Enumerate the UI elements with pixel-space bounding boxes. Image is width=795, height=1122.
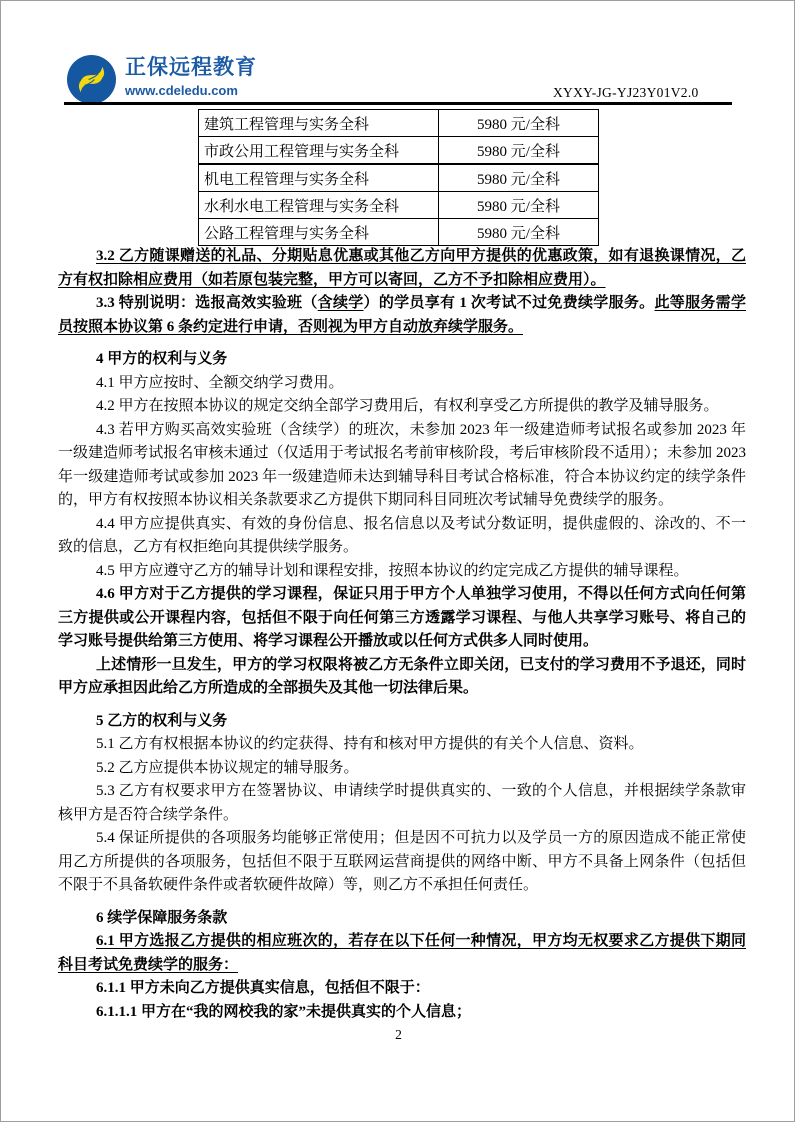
clause-5-4: 5.4 保证所提供的各项服务均能够正常使用；但是因不可抗力以及学员一方的原因造成…: [58, 827, 746, 898]
price-cell: 5980 元/全科: [439, 192, 599, 219]
price-table: 建筑工程管理与实务全科 5980 元/全科 市政公用工程管理与实务全科 5980…: [198, 109, 599, 246]
section-5-heading: 5 乙方的权利与义务: [58, 710, 746, 734]
section-4-heading: 4 甲方的权利与义务: [58, 348, 746, 372]
clause-4-2: 4.2 甲方在按照本协议的规定交纳全部学习费用后，有权利享受乙方所提供的教学及辅…: [58, 395, 746, 419]
price-cell: 5980 元/全科: [439, 219, 599, 246]
clause-4-5: 4.5 甲方应遵守乙方的辅导计划和课程安排，按照本协议的约定完成乙方提供的辅导课…: [58, 560, 746, 584]
price-cell: 5980 元/全科: [439, 164, 599, 192]
course-name-cell: 市政公用工程管理与实务全科: [199, 137, 439, 165]
clause-5-1: 5.1 乙方有权根据本协议的约定获得、持有和核对甲方提供的有关个人信息、资料。: [58, 733, 746, 757]
clause-6-1-1: 6.1.1 甲方未向乙方提供真实信息，包括但不限于：: [58, 977, 746, 1001]
price-cell: 5980 元/全科: [439, 137, 599, 165]
clause-3-3: 3.3 特别说明：选报高效实验班（含续学）的学员享有 1 次考试不过免费续学服务…: [58, 292, 746, 339]
clause-3-3-text: 3.3 特别说明：选报高效实验班（: [96, 295, 318, 311]
course-name-cell: 建筑工程管理与实务全科: [199, 110, 439, 137]
table-row: 机电工程管理与实务全科 5980 元/全科: [199, 164, 599, 192]
brand-name: 正保远程教育: [125, 56, 257, 80]
clause-5-2: 5.2 乙方应提供本协议规定的辅导服务。: [58, 757, 746, 781]
course-name-cell: 机电工程管理与实务全科: [199, 164, 439, 192]
table-row: 市政公用工程管理与实务全科 5980 元/全科: [199, 137, 599, 165]
section-6-heading: 6 续学保障服务条款: [58, 907, 746, 931]
clause-3-3-text: ）的学员享有 1 次考试不过免费续学服务。: [364, 295, 655, 311]
contract-page: 正保远程教育 www.cdeledu.com XYXY-JG-YJ23Y01V2…: [0, 0, 795, 1122]
course-name-cell: 公路工程管理与实务全科: [199, 219, 439, 246]
brand-block: 正保远程教育 www.cdeledu.com: [125, 56, 257, 99]
header-rule: [64, 102, 732, 105]
clause-4-note: 上述情形一旦发生，甲方的学习权限将被乙方无条件立即关闭，已支付的学习费用不予退还…: [58, 654, 746, 701]
clause-3-3-underlined: 含续学: [318, 295, 364, 311]
clause-3-2: 3.2 乙方随课赠送的礼品、分期贴息优惠或其他乙方向甲方提供的优惠政策，如有退换…: [58, 245, 746, 292]
page-number: 2: [1, 1027, 795, 1043]
clause-4-4: 4.4 甲方应提供真实、有效的身份信息、报名信息以及考试分数证明，提供虚假的、涂…: [58, 513, 746, 560]
clause-6-1-1-1: 6.1.1.1 甲方在“我的网校我的家”未提供真实的个人信息；: [58, 1001, 746, 1025]
table-row: 水利水电工程管理与实务全科 5980 元/全科: [199, 192, 599, 219]
clause-4-1: 4.1 甲方应按时、全额交纳学习费用。: [58, 372, 746, 396]
clause-4-3: 4.3 若甲方购买高效实验班（含续学）的班次，未参加 2023 年一级建造师考试…: [58, 419, 746, 513]
course-name-cell: 水利水电工程管理与实务全科: [199, 192, 439, 219]
table-row: 建筑工程管理与实务全科 5980 元/全科: [199, 110, 599, 137]
clause-4-6: 4.6 甲方对于乙方提供的学习课程，保证只用于甲方个人单独学习使用，不得以任何方…: [58, 583, 746, 654]
clause-5-3: 5.3 乙方有权要求甲方在签署协议、申请续学时提供真实的、一致的个人信息，并根据…: [58, 780, 746, 827]
brand-logo-icon: [67, 55, 116, 104]
document-code: XYXY-JG-YJ23Y01V2.0: [553, 85, 699, 101]
contract-body: 3.2 乙方随课赠送的礼品、分期贴息优惠或其他乙方向甲方提供的优惠政策，如有退换…: [58, 245, 746, 1024]
table-row: 公路工程管理与实务全科 5980 元/全科: [199, 219, 599, 246]
clause-6-1: 6.1 甲方选报乙方提供的相应班次的，若存在以下任何一种情况，甲方均无权要求乙方…: [58, 930, 746, 977]
brand-url: www.cdeledu.com: [125, 83, 257, 99]
price-cell: 5980 元/全科: [439, 110, 599, 137]
